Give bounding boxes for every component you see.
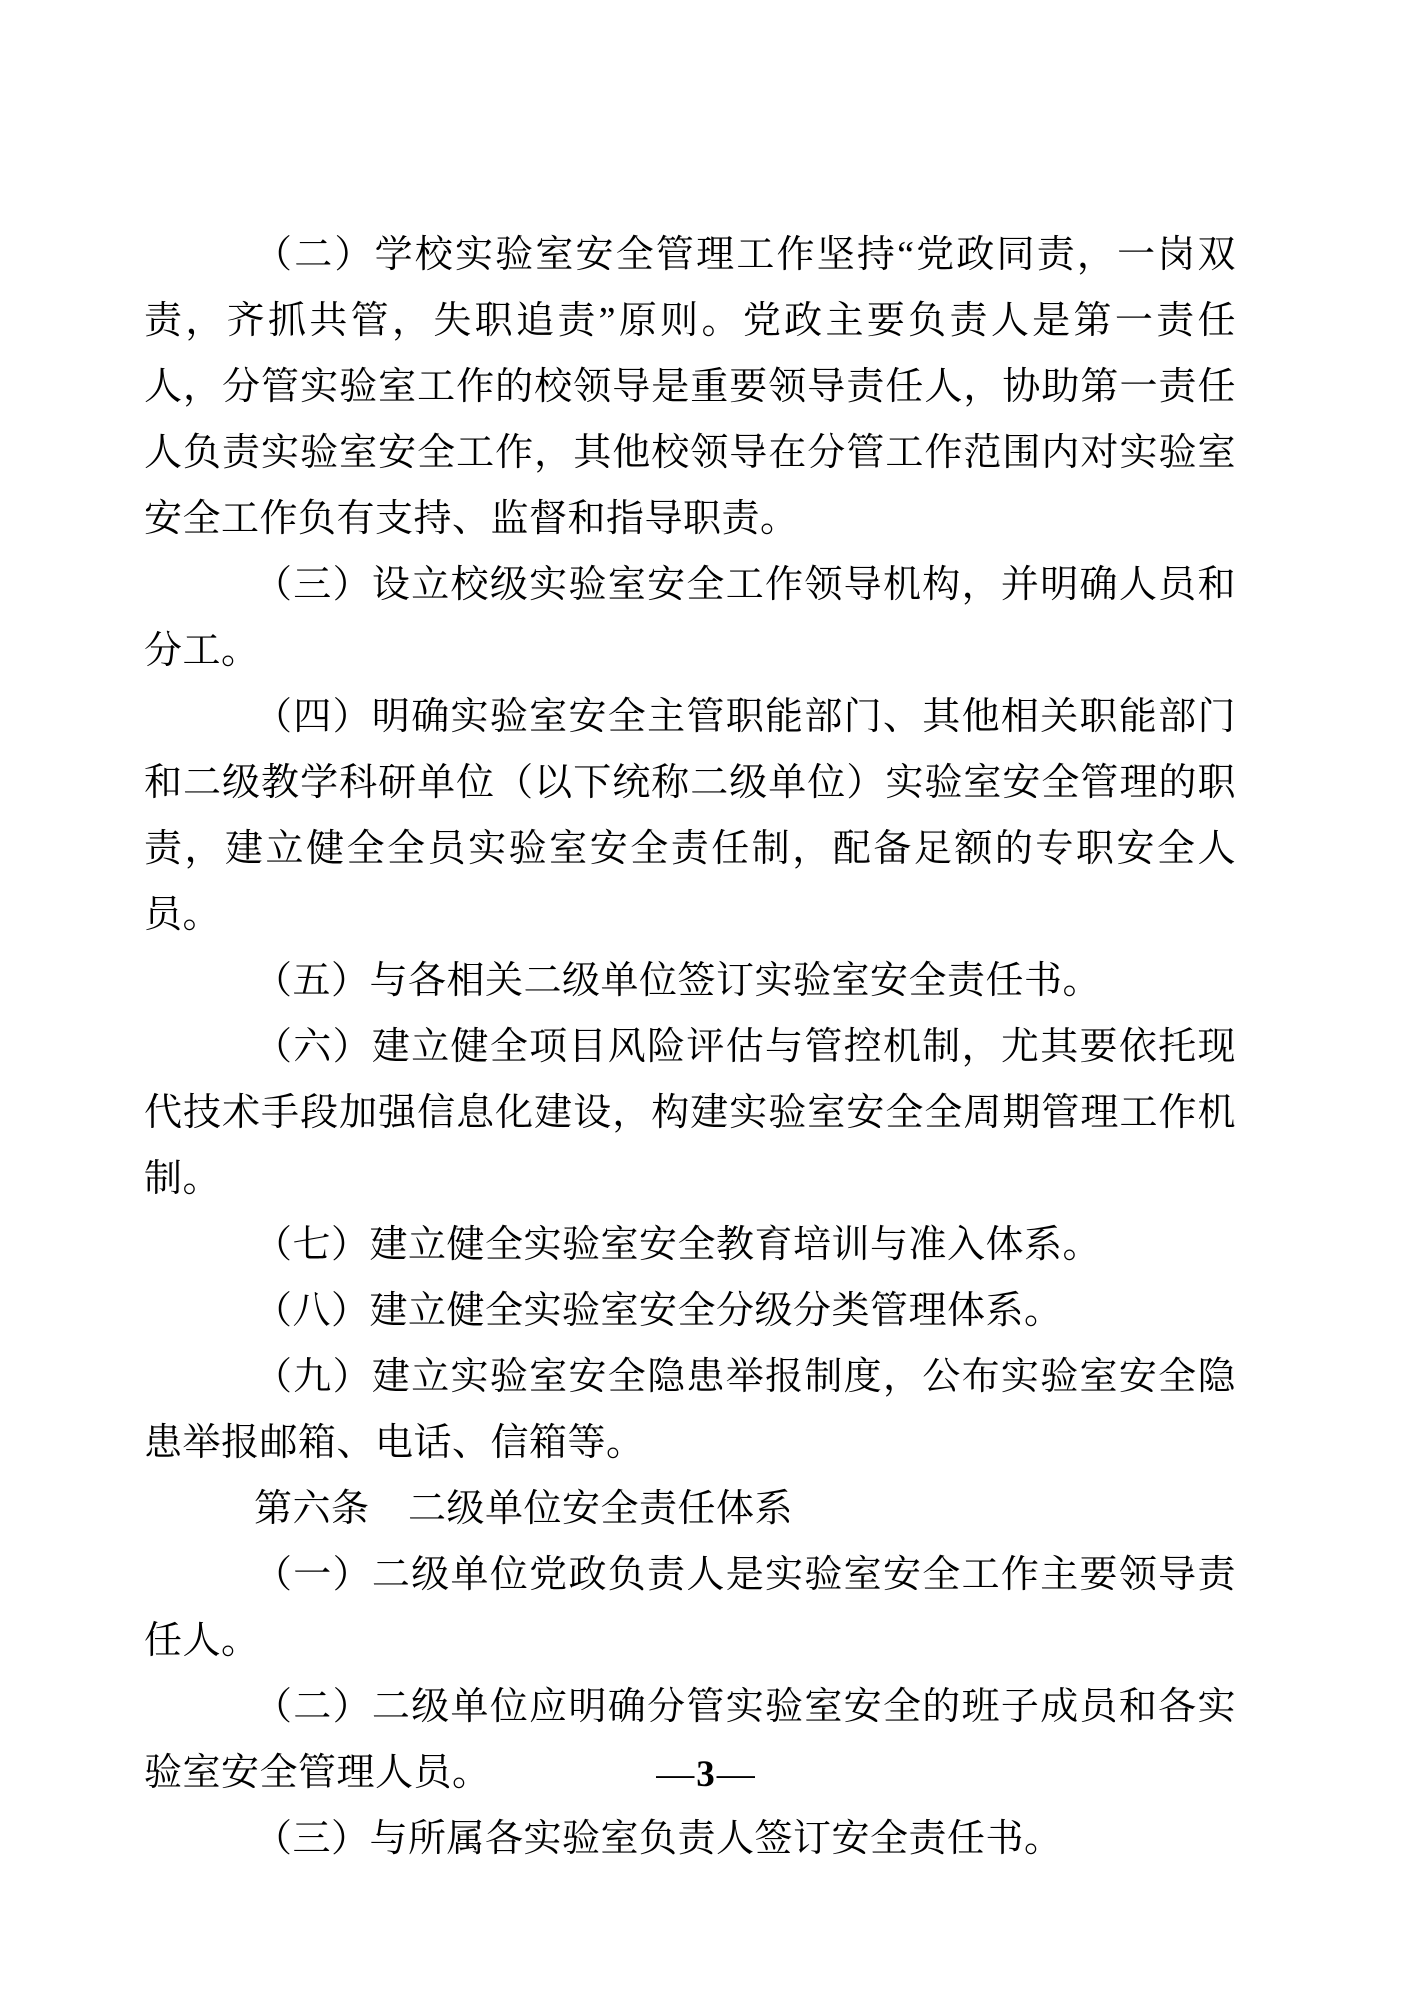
- paragraph-item-6-risk-assessment: （六）建立健全项目风险评估与管控机制，尤其要依托现代技术手段加强信息化建设，构建…: [144, 1014, 1236, 1212]
- paragraph-article6-item-1: （一）二级单位党政负责人是实验室安全工作主要领导责任人。: [144, 1542, 1236, 1674]
- paragraph-item-3-leading-group: （三）设立校级实验室安全工作领导机构，并明确人员和分工。: [144, 552, 1236, 684]
- paragraph-item-8-classification: （八）建立健全实验室安全分级分类管理体系。: [144, 1278, 1236, 1344]
- footer-dash-right: —: [717, 1753, 755, 1795]
- page-footer: —3—: [0, 1752, 1411, 1797]
- article-6-heading: 第六条 二级单位安全责任体系: [144, 1476, 1236, 1542]
- paragraph-item-7-training-access: （七）建立健全实验室安全教育培训与准入体系。: [144, 1212, 1236, 1278]
- document-page: （二）学校实验室安全管理工作坚持“党政同责，一岗双责，齐抓共管，失职追责”原则。…: [0, 0, 1411, 1995]
- document-body: （二）学校实验室安全管理工作坚持“党政同责，一岗双责，齐抓共管，失职追责”原则。…: [144, 222, 1236, 1872]
- paragraph-item-5-responsibility-letter: （五）与各相关二级单位签订实验室安全责任书。: [144, 948, 1236, 1014]
- page-number: 3: [694, 1754, 717, 1795]
- paragraph-article6-item-3: （三）与所属各实验室负责人签订安全责任书。: [144, 1806, 1236, 1872]
- paragraph-item-4-departments-duties: （四）明确实验室安全主管职能部门、其他相关职能部门和二级教学科研单位（以下统称二…: [144, 684, 1236, 948]
- paragraph-item-2-school-responsibility: （二）学校实验室安全管理工作坚持“党政同责，一岗双责，齐抓共管，失职追责”原则。…: [144, 222, 1236, 552]
- footer-dash-left: —: [656, 1753, 694, 1795]
- paragraph-item-9-hazard-reporting: （九）建立实验室安全隐患举报制度，公布实验室安全隐患举报邮箱、电话、信箱等。: [144, 1344, 1236, 1476]
